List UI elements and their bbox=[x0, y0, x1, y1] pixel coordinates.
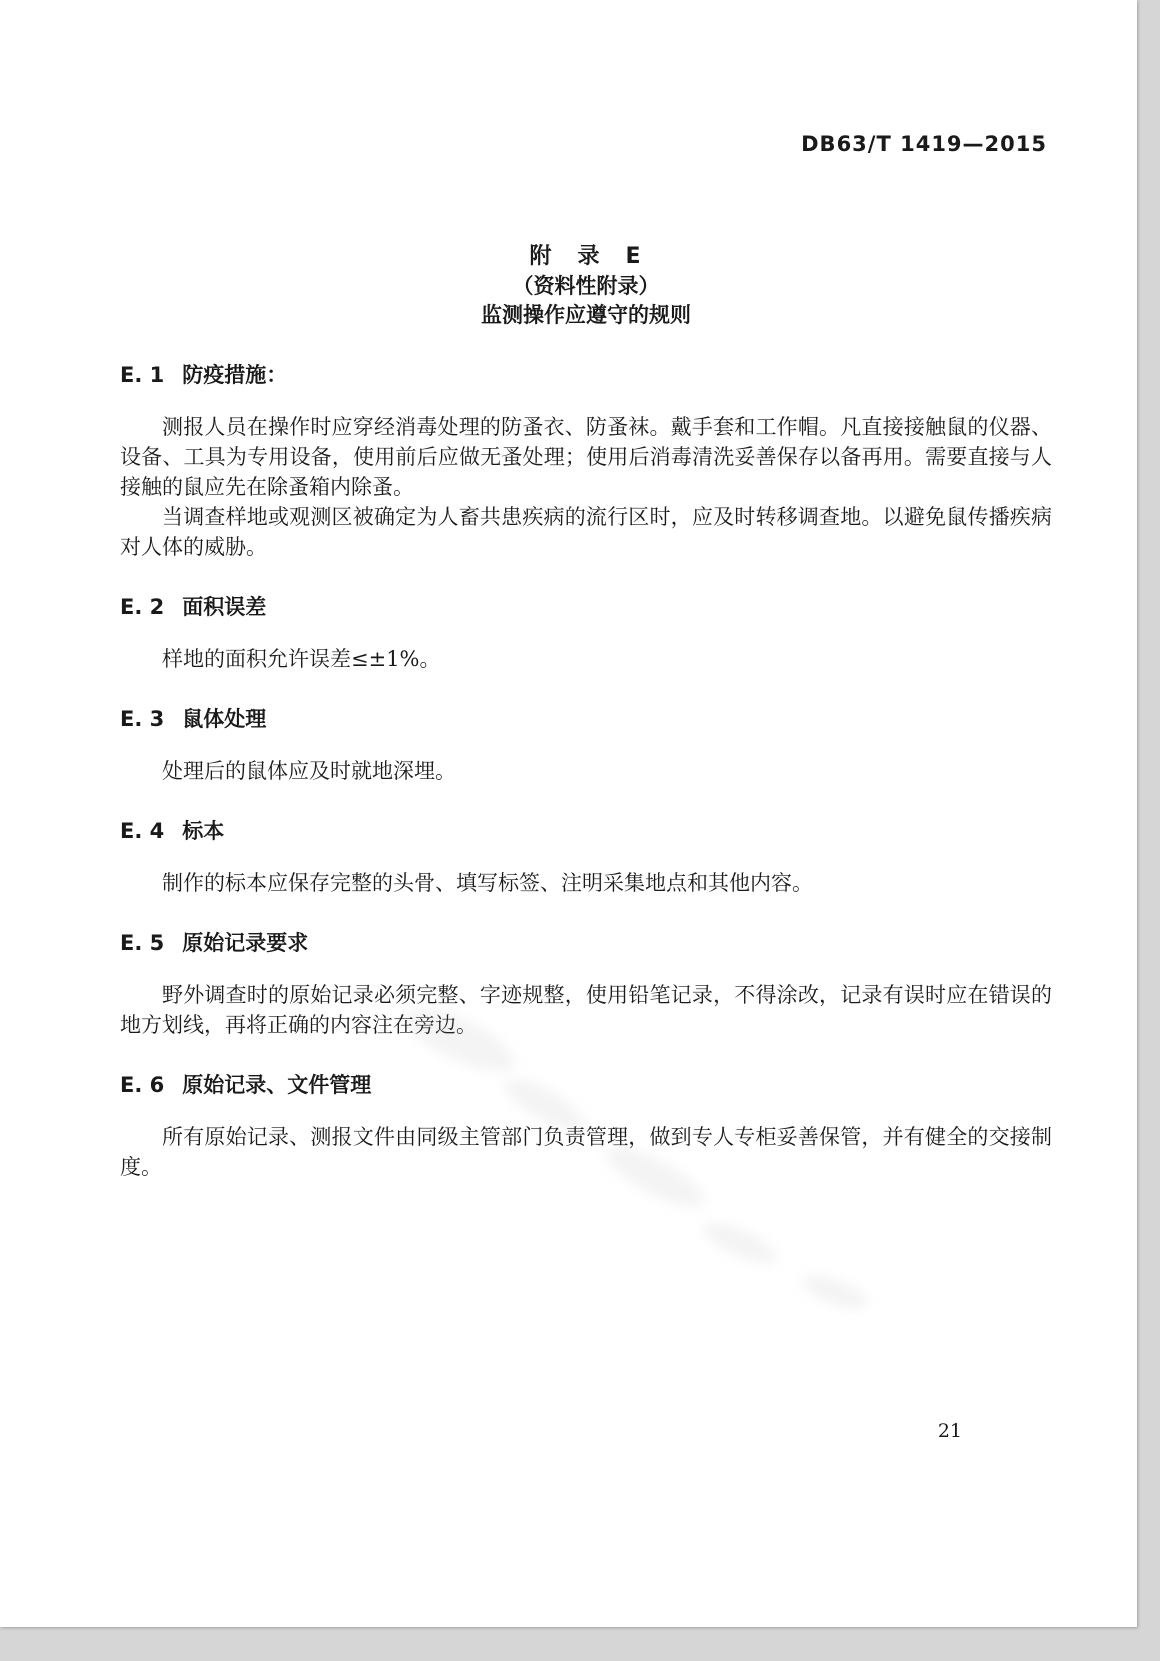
section-e1: E. 1防疫措施： 测报人员在操作时应穿经消毒处理的防蚤衣、防蚤袜。戴手套和工作… bbox=[120, 362, 1052, 562]
section-e5-heading: E. 5原始记录要求 bbox=[120, 930, 1052, 956]
section-e3-heading: E. 3鼠体处理 bbox=[120, 706, 1052, 732]
page-number: 21 bbox=[938, 1420, 962, 1442]
document-code-header: DB63/T 1419—2015 bbox=[120, 0, 1052, 156]
section-e6-paragraph-1: 所有原始记录、测报文件由同级主管部门负责管理，做到专人专柜妥善保管，并有健全的交… bbox=[120, 1122, 1052, 1182]
section-e4-heading: E. 4标本 bbox=[120, 818, 1052, 844]
appendix-type-label: （资料性附录） bbox=[120, 272, 1052, 301]
section-e3-paragraph-1: 处理后的鼠体应及时就地深埋。 bbox=[120, 756, 1052, 786]
section-e1-number: E. 1 bbox=[120, 363, 164, 387]
section-e2-number: E. 2 bbox=[120, 595, 164, 619]
section-e1-paragraph-1: 测报人员在操作时应穿经消毒处理的防蚤衣、防蚤袜。戴手套和工作帽。凡直接接触鼠的仪… bbox=[120, 412, 1052, 502]
section-e4: E. 4标本 制作的标本应保存完整的头骨、填写标签、注明采集地点和其他内容。 bbox=[120, 818, 1052, 898]
page-content: DB63/T 1419—2015 附 录 E （资料性附录） 监测操作应遵守的规… bbox=[0, 0, 1137, 1627]
section-e5-number: E. 5 bbox=[120, 931, 164, 955]
section-e2: E. 2面积误差 样地的面积允许误差≤±1%。 bbox=[120, 594, 1052, 674]
scan-smudge-artifact bbox=[798, 1269, 872, 1315]
scanned-document-canvas: DB63/T 1419—2015 附 录 E （资料性附录） 监测操作应遵守的规… bbox=[0, 0, 1160, 1661]
section-e5: E. 5原始记录要求 野外调查时的原始记录必须完整、字迹规整，使用铅笔记录，不得… bbox=[120, 930, 1052, 1040]
section-e4-paragraph-1: 制作的标本应保存完整的头骨、填写标签、注明采集地点和其他内容。 bbox=[120, 868, 1052, 898]
section-e5-paragraph-1: 野外调查时的原始记录必须完整、字迹规整，使用铅笔记录，不得涂改，记录有误时应在错… bbox=[120, 980, 1052, 1040]
scan-smudge-artifact bbox=[698, 1215, 782, 1271]
section-e2-heading: E. 2面积误差 bbox=[120, 594, 1052, 620]
appendix-title: 附 录 E bbox=[120, 242, 1052, 272]
appendix-title-block: 附 录 E （资料性附录） 监测操作应遵守的规则 bbox=[120, 242, 1052, 330]
section-e1-paragraph-2: 当调查样地或观测区被确定为人畜共患疾病的流行区时，应及时转移调查地。以避免鼠传播… bbox=[120, 502, 1052, 562]
section-e5-title: 原始记录要求 bbox=[182, 931, 308, 955]
section-e3-title: 鼠体处理 bbox=[182, 707, 266, 731]
document-page: DB63/T 1419—2015 附 录 E （资料性附录） 监测操作应遵守的规… bbox=[0, 0, 1137, 1627]
section-e3-number: E. 3 bbox=[120, 707, 164, 731]
section-e2-title: 面积误差 bbox=[182, 595, 266, 619]
section-e1-title: 防疫措施： bbox=[182, 363, 287, 387]
section-e6-title: 原始记录、文件管理 bbox=[182, 1073, 371, 1097]
section-e6-number: E. 6 bbox=[120, 1073, 164, 1097]
section-e6: E. 6原始记录、文件管理 所有原始记录、测报文件由同级主管部门负责管理，做到专… bbox=[120, 1072, 1052, 1182]
section-e2-paragraph-1: 样地的面积允许误差≤±1%。 bbox=[120, 644, 1052, 674]
section-e6-heading: E. 6原始记录、文件管理 bbox=[120, 1072, 1052, 1098]
section-e4-title: 标本 bbox=[182, 819, 224, 843]
section-e3: E. 3鼠体处理 处理后的鼠体应及时就地深埋。 bbox=[120, 706, 1052, 786]
section-e4-number: E. 4 bbox=[120, 819, 164, 843]
section-e1-heading: E. 1防疫措施： bbox=[120, 362, 1052, 388]
appendix-subject-title: 监测操作应遵守的规则 bbox=[120, 301, 1052, 330]
